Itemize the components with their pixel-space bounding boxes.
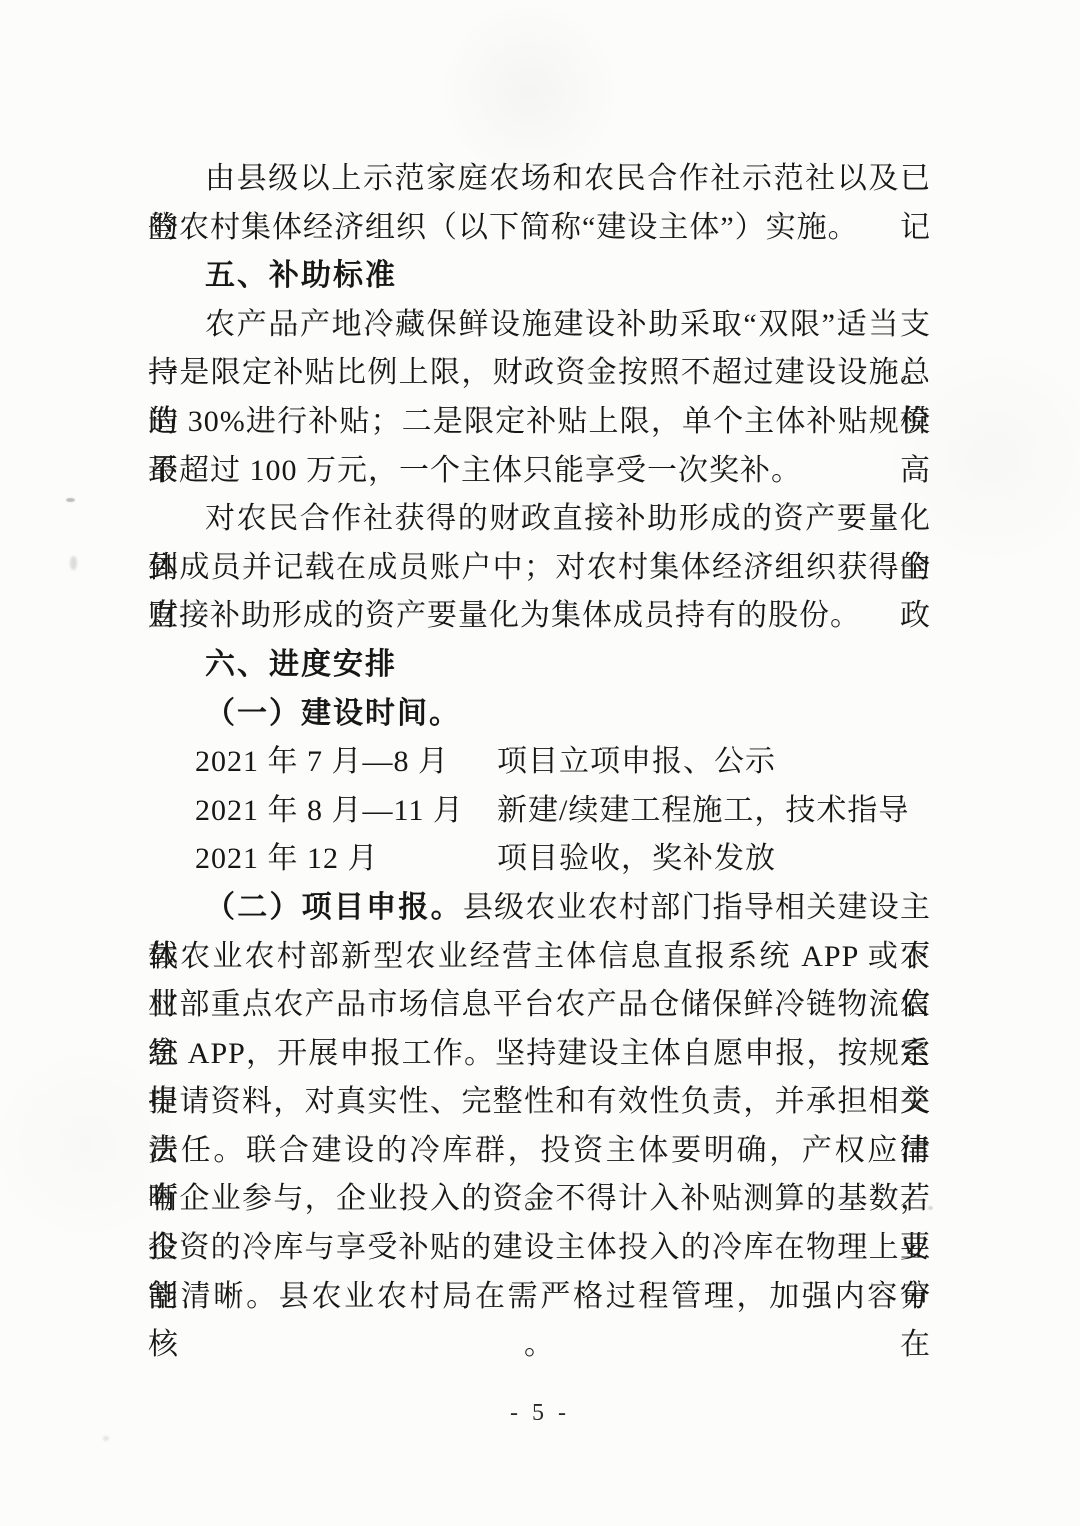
schedule-period: 2021 年 12 月 — [195, 835, 497, 884]
scan-speck — [70, 556, 77, 570]
body-line: 申请资料，对真实性、完整性和有效性负责，并承担相关法律 — [148, 1078, 931, 1127]
body-line: 的农村集体经济组织（以下简称“建设主体”）实施。 — [148, 204, 931, 253]
body-line: 体成员并记载在成员账户中；对农村集体经济组织获得的财政 — [148, 544, 931, 593]
body-line: 对农民合作社获得的财政直接补助形成的资产要量化到全 — [148, 495, 931, 544]
body-line: 农产品产地冷藏保鲜设施建设补助采取“双限”适当支持。 — [148, 301, 931, 350]
body-line: 责任。联合建设的冷库群，投资主体要明确，产权应清晰。若 — [148, 1127, 931, 1176]
section-heading-6: 六、进度安排 — [148, 641, 931, 690]
schedule-task: 项目验收，奖补发放 — [497, 842, 776, 875]
schedule-period: 2021 年 8 月—11 月 — [195, 787, 497, 836]
page-number: - 5 - — [0, 1400, 1080, 1427]
schedule-task: 项目立项申报、公示 — [497, 745, 776, 778]
schedule-row: 2021 年 8 月—11 月新建/续建工程施工，技术指导 — [148, 787, 931, 836]
body-line: 的 30%进行补贴；二是限定补贴上限，单个主体补贴规模最高 — [148, 398, 931, 447]
schedule-row: 2021 年 12 月项目验收，奖补发放 — [148, 835, 931, 884]
body-line: 一是限定补贴比例上限，财政资金按照不超过建设设施总造价 — [148, 349, 931, 398]
scanned-document-page: { "page_number": "- 5 -", "content": { "… — [0, 0, 1080, 1526]
body-line: （二）项目申报。县级农业农村部门指导相关建设主体下 — [148, 884, 931, 933]
body-line: 直接补助形成的资产要量化为集体成员持有的股份。 — [148, 592, 931, 641]
body-line: 由县级以上示范家庭农场和农民合作社示范社以及已登记 — [148, 155, 931, 204]
document-body: 由县级以上示范家庭农场和农民合作社示范社以及已登记 的农村集体经济组织（以下简称… — [148, 155, 931, 1321]
body-line: 割清晰。县农业农村局在需严格过程管理，加强内容审核。在 — [148, 1273, 931, 1322]
subsection-heading-1: （一）建设时间。 — [148, 690, 931, 739]
schedule-period: 2021 年 7 月—8 月 — [195, 738, 497, 787]
schedule-row: 2021 年 7 月—8 月项目立项申报、公示 — [148, 738, 931, 787]
body-line: 统 APP，开展申报工作。坚持建设主体自愿申报，按规定提交 — [148, 1030, 931, 1079]
schedule-task: 新建/续建工程施工，技术指导 — [497, 794, 909, 827]
section-heading-5: 五、补助标准 — [148, 252, 931, 301]
scan-speck — [103, 1436, 109, 1441]
body-line: 有企业参与，企业投入的资金不得计入补贴测算的基数，企业 — [148, 1175, 931, 1224]
body-line: 村部重点农产品市场信息平台农产品仓储保鲜冷链物流信息系 — [148, 981, 931, 1030]
body-line: 载农业农村部新型农业经营主体信息直报系统 APP 或农业农 — [148, 933, 931, 982]
subsection-heading-2: （二）项目申报。 — [205, 891, 463, 924]
scan-speck — [66, 498, 75, 502]
body-line: 投资的冷库与享受补贴的建设主体投入的冷库在物理上要能分 — [148, 1224, 931, 1273]
